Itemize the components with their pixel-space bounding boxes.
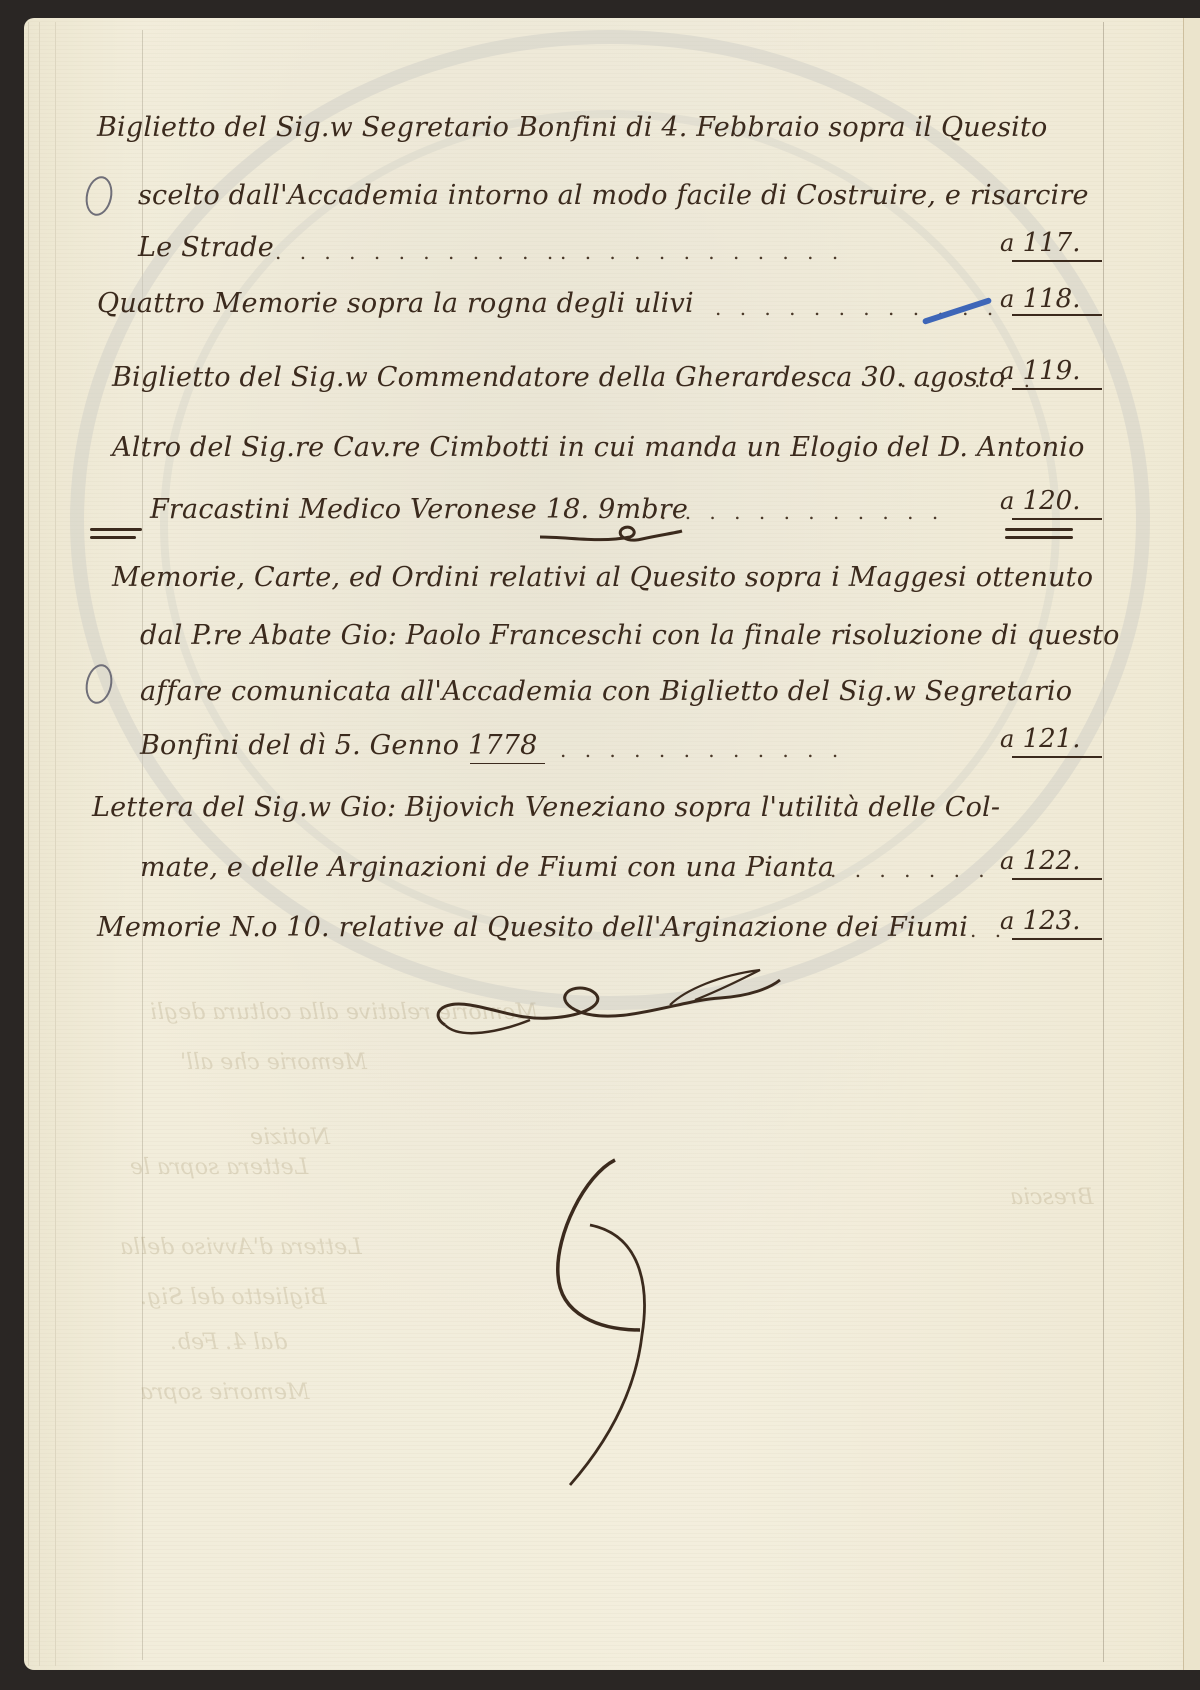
page-ref-underline (1012, 388, 1102, 390)
page-ref-underline (1012, 518, 1102, 520)
page-ref-underline (1012, 938, 1102, 940)
page-reference: a 117. (1000, 228, 1080, 258)
entry-line: Memorie, Carte, ed Ordini relativi al Qu… (112, 562, 1093, 593)
page-reference: a 122. (1000, 846, 1080, 876)
entry-line: Altro del Sig.re Cav.re Cimbotti in cui … (112, 432, 1085, 463)
dot-leader: . . . . . . . . . . . . (660, 500, 944, 524)
entry-line: Quattro Memorie sopra la rogna degli uli… (97, 288, 694, 319)
page-reference: a 119. (1000, 356, 1080, 386)
bleed-through-text: Memorie sopra (140, 1380, 309, 1405)
entry-line: Memorie N.o 10. relative al Quesito dell… (97, 912, 968, 943)
folio-number-6 (530, 1155, 680, 1495)
entry-line: dal P.re Abate Gio: Paolo Franceschi con… (140, 620, 1120, 651)
page-reference: a 121. (1000, 724, 1080, 754)
bleed-through-text: Biglietto del Sig. (140, 1285, 327, 1310)
page-ref-underline (1012, 756, 1102, 758)
page-ref-underline (1012, 314, 1102, 316)
entry-line: Biglietto del Sig.w Segretario Bonfini d… (97, 112, 1047, 143)
dot-leader: . . . . . . . (830, 858, 991, 882)
page-reference: a 118. (1000, 284, 1080, 314)
page-ref-underline (1012, 878, 1102, 880)
double-rule-right (1005, 528, 1073, 531)
entry-line: affare comunicata all'Accademia con Bigl… (140, 676, 1072, 707)
bleed-through-text: Lettera sopra le (130, 1155, 308, 1180)
bleed-through-text: Brescia (1010, 1185, 1093, 1210)
closing-flourish-icon (420, 960, 920, 1090)
dot-leader: . . . . . . . . . . . . (275, 240, 559, 264)
separator-flourish-icon (530, 515, 690, 555)
bleed-through-text: Notizie (250, 1125, 330, 1150)
page-ref-underline (1012, 260, 1102, 262)
margin-circle-mark (82, 662, 116, 707)
double-rule-left (90, 528, 142, 531)
entry-line: scelto dall'Accademia intorno al modo fa… (138, 180, 1089, 211)
entry-line: Lettera del Sig.w Gio: Bijovich Venezian… (92, 792, 1000, 823)
bleed-through-text: Memorie che all' (180, 1050, 367, 1075)
bleed-through-text: dal 4. Feb. (170, 1330, 287, 1355)
dot-leader: . . . . . . . . . . . . (560, 240, 844, 264)
entry-line: Biglietto del Sig.w Commendatore della G… (112, 362, 1005, 393)
entry-line: mate, e delle Arginazioni de Fiumi con u… (140, 852, 834, 883)
margin-circle-mark (82, 174, 116, 219)
double-rule-left (90, 536, 136, 539)
date-underline (470, 763, 545, 764)
dot-leader: . . . . . . . . . . . . (560, 738, 844, 762)
entry-line: Le Strade (138, 232, 274, 263)
page-reference: a 120. (1000, 486, 1080, 516)
entry-line: Bonfini del dì 5. Genno 1778 (140, 730, 538, 761)
double-rule-right (1005, 536, 1073, 539)
bleed-through-text: Lettera d'Avviso della (120, 1235, 362, 1260)
index-entries: Biglietto del Sig.w Segretario Bonfini d… (0, 0, 1200, 1000)
page-reference: a 123. (1000, 906, 1080, 936)
